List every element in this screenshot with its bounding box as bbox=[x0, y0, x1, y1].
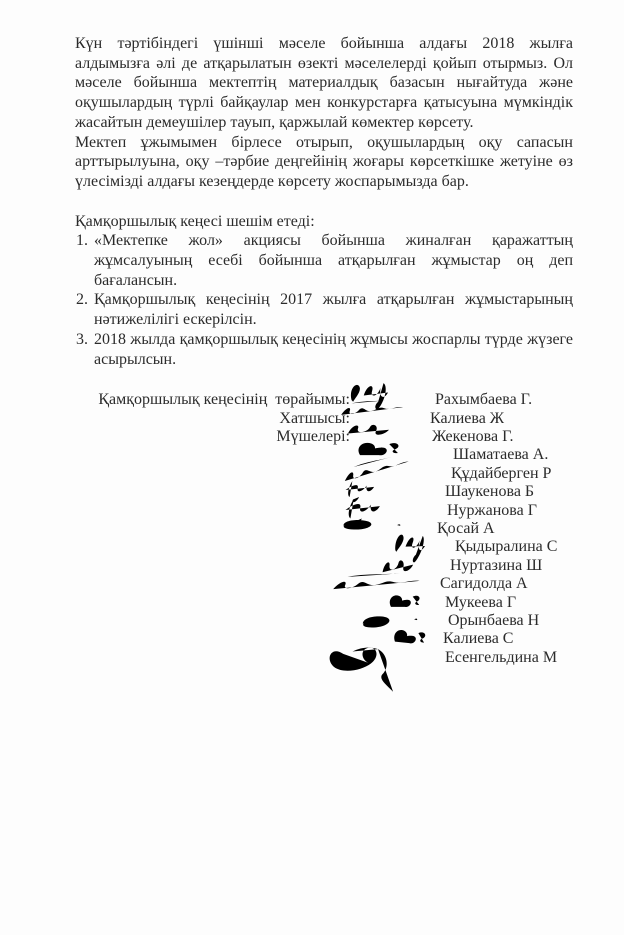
signatory-name: Қыдыралина С bbox=[455, 538, 557, 556]
signature-rows: Қамқоршылық кеңесінің төрайымы:Рахымбаев… bbox=[75, 391, 573, 667]
decision-heading: Қамқоршылық кеңесі шешім етеді: bbox=[75, 212, 573, 232]
scanned-document-page: Күн тәртібіндегі үшінші мәселе бойынша а… bbox=[0, 0, 624, 935]
signature-row: Нуржанова Г bbox=[75, 502, 573, 520]
document-body: Күн тәртібіндегі үшінші мәселе бойынша а… bbox=[75, 34, 573, 667]
signature-row: Шаукенова Б bbox=[75, 483, 573, 501]
signature-row: Сагидолда А bbox=[75, 575, 573, 593]
signatory-name: Қосай А bbox=[437, 520, 495, 538]
role-label bbox=[75, 538, 350, 556]
role-label bbox=[75, 594, 350, 612]
paragraph: Мектеп ұжымымен бірлесе отырып, оқушылар… bbox=[75, 133, 573, 192]
signature-row: Есенгельдина М bbox=[75, 649, 573, 667]
signatory-name: Шаукенова Б bbox=[445, 483, 534, 501]
role-label bbox=[75, 465, 350, 483]
signature-row: Нуртазина Ш bbox=[75, 557, 573, 575]
role-label bbox=[75, 575, 350, 593]
signatory-name: Құдайберген Р bbox=[451, 465, 551, 483]
signatory-name: Нуртазина Ш bbox=[450, 557, 542, 575]
role-label: Қамқоршылық кеңесінің төрайымы: bbox=[75, 391, 350, 409]
signatory-name: Шаматаева А. bbox=[453, 446, 548, 464]
signature-section: Қамқоршылық кеңесінің төрайымы:Рахымбаев… bbox=[75, 391, 573, 667]
signatory-name: Мукеева Г bbox=[445, 594, 516, 612]
role-label bbox=[75, 483, 350, 501]
role-label bbox=[75, 630, 350, 648]
signatory-name: Жекенова Г. bbox=[432, 428, 514, 446]
signatory-name: Орынбаева Н bbox=[448, 612, 539, 630]
decision-list: «Мектепке жол» акциясы бойынша жиналған … bbox=[75, 231, 573, 369]
signature-row: Хатшысы:Калиева Ж bbox=[75, 410, 573, 428]
signature-row: Калиева С bbox=[75, 630, 573, 648]
decision-item: 2018 жылда қамқоршылық кеңесінің жұмысы … bbox=[92, 330, 573, 369]
signature-row: Қыдыралина С bbox=[75, 538, 573, 556]
paragraph: Күн тәртібіндегі үшінші мәселе бойынша а… bbox=[75, 34, 573, 133]
signature-row: Қосай А bbox=[75, 520, 573, 538]
role-label bbox=[75, 502, 350, 520]
role-label bbox=[75, 446, 350, 464]
signature-row: Мукеева Г bbox=[75, 594, 573, 612]
signature-row: Қамқоршылық кеңесінің төрайымы:Рахымбаев… bbox=[75, 391, 573, 409]
signatory-name: Есенгельдина М bbox=[445, 649, 557, 667]
role-label: Хатшысы: bbox=[75, 410, 350, 428]
signatory-name: Рахымбаева Г. bbox=[435, 391, 532, 409]
role-label bbox=[75, 520, 350, 538]
signatory-name: Калиева Ж bbox=[430, 410, 504, 428]
role-label bbox=[75, 557, 350, 575]
role-label bbox=[75, 649, 350, 667]
signature-row: Шаматаева А. bbox=[75, 446, 573, 464]
signatory-name: Сагидолда А bbox=[440, 575, 528, 593]
role-label: Мүшелері: bbox=[75, 428, 350, 446]
decision-item: Қамқоршылық кеңесінің 2017 жылға атқарыл… bbox=[92, 290, 573, 329]
role-label bbox=[75, 612, 350, 630]
signature-row: Құдайберген Р bbox=[75, 465, 573, 483]
signature-row: Мүшелері:Жекенова Г. bbox=[75, 428, 573, 446]
decision-item: «Мектепке жол» акциясы бойынша жиналған … bbox=[92, 231, 573, 290]
signatory-name: Калиева С bbox=[443, 630, 513, 648]
signature-row: Орынбаева Н bbox=[75, 612, 573, 630]
signatory-name: Нуржанова Г bbox=[447, 502, 537, 520]
